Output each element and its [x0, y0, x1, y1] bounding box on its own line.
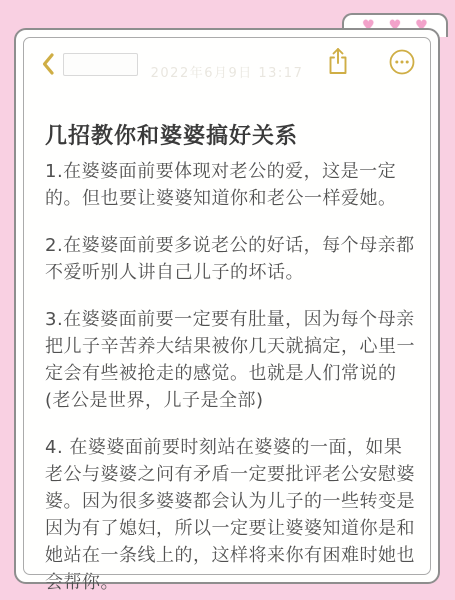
- share-button[interactable]: [324, 46, 352, 82]
- nav-bar: [16, 30, 438, 82]
- notes-app-card: 2022年6月9日 13:17: [14, 28, 440, 584]
- note-paragraph-2: 2.在婆婆面前要多说老公的好话，每个母亲都不爱听别人讲自己儿子的坏话。: [45, 232, 420, 286]
- note-paragraph-4: 4. 在婆婆面前要时刻站在婆婆的一面，如果老公与婆婆之问有矛盾一定要批评老公安慰…: [45, 434, 420, 596]
- ellipsis-circle-icon: [388, 48, 416, 80]
- note-paragraph-3: 3.在婆婆面前要一定要有肚量，因为每个母亲把儿子辛苦养大结果被你几天就搞定，心里…: [45, 306, 420, 414]
- back-button[interactable]: [40, 52, 56, 76]
- note-paragraph-1: 1.在婆婆面前要体现对老公的爱，这是一定的。但也要让婆婆知道你和老公一样爱她。: [45, 158, 420, 212]
- back-label-redacted-box[interactable]: [63, 53, 138, 76]
- note-title: 几招教你和婆婆搞好关系: [45, 122, 420, 152]
- note-content: 几招教你和婆婆搞好关系 1.在婆婆面前要体现对老公的爱，这是一定的。但也要让婆婆…: [16, 122, 438, 596]
- chevron-left-icon: [40, 52, 56, 76]
- share-icon: [324, 46, 352, 82]
- more-options-button[interactable]: [388, 48, 416, 80]
